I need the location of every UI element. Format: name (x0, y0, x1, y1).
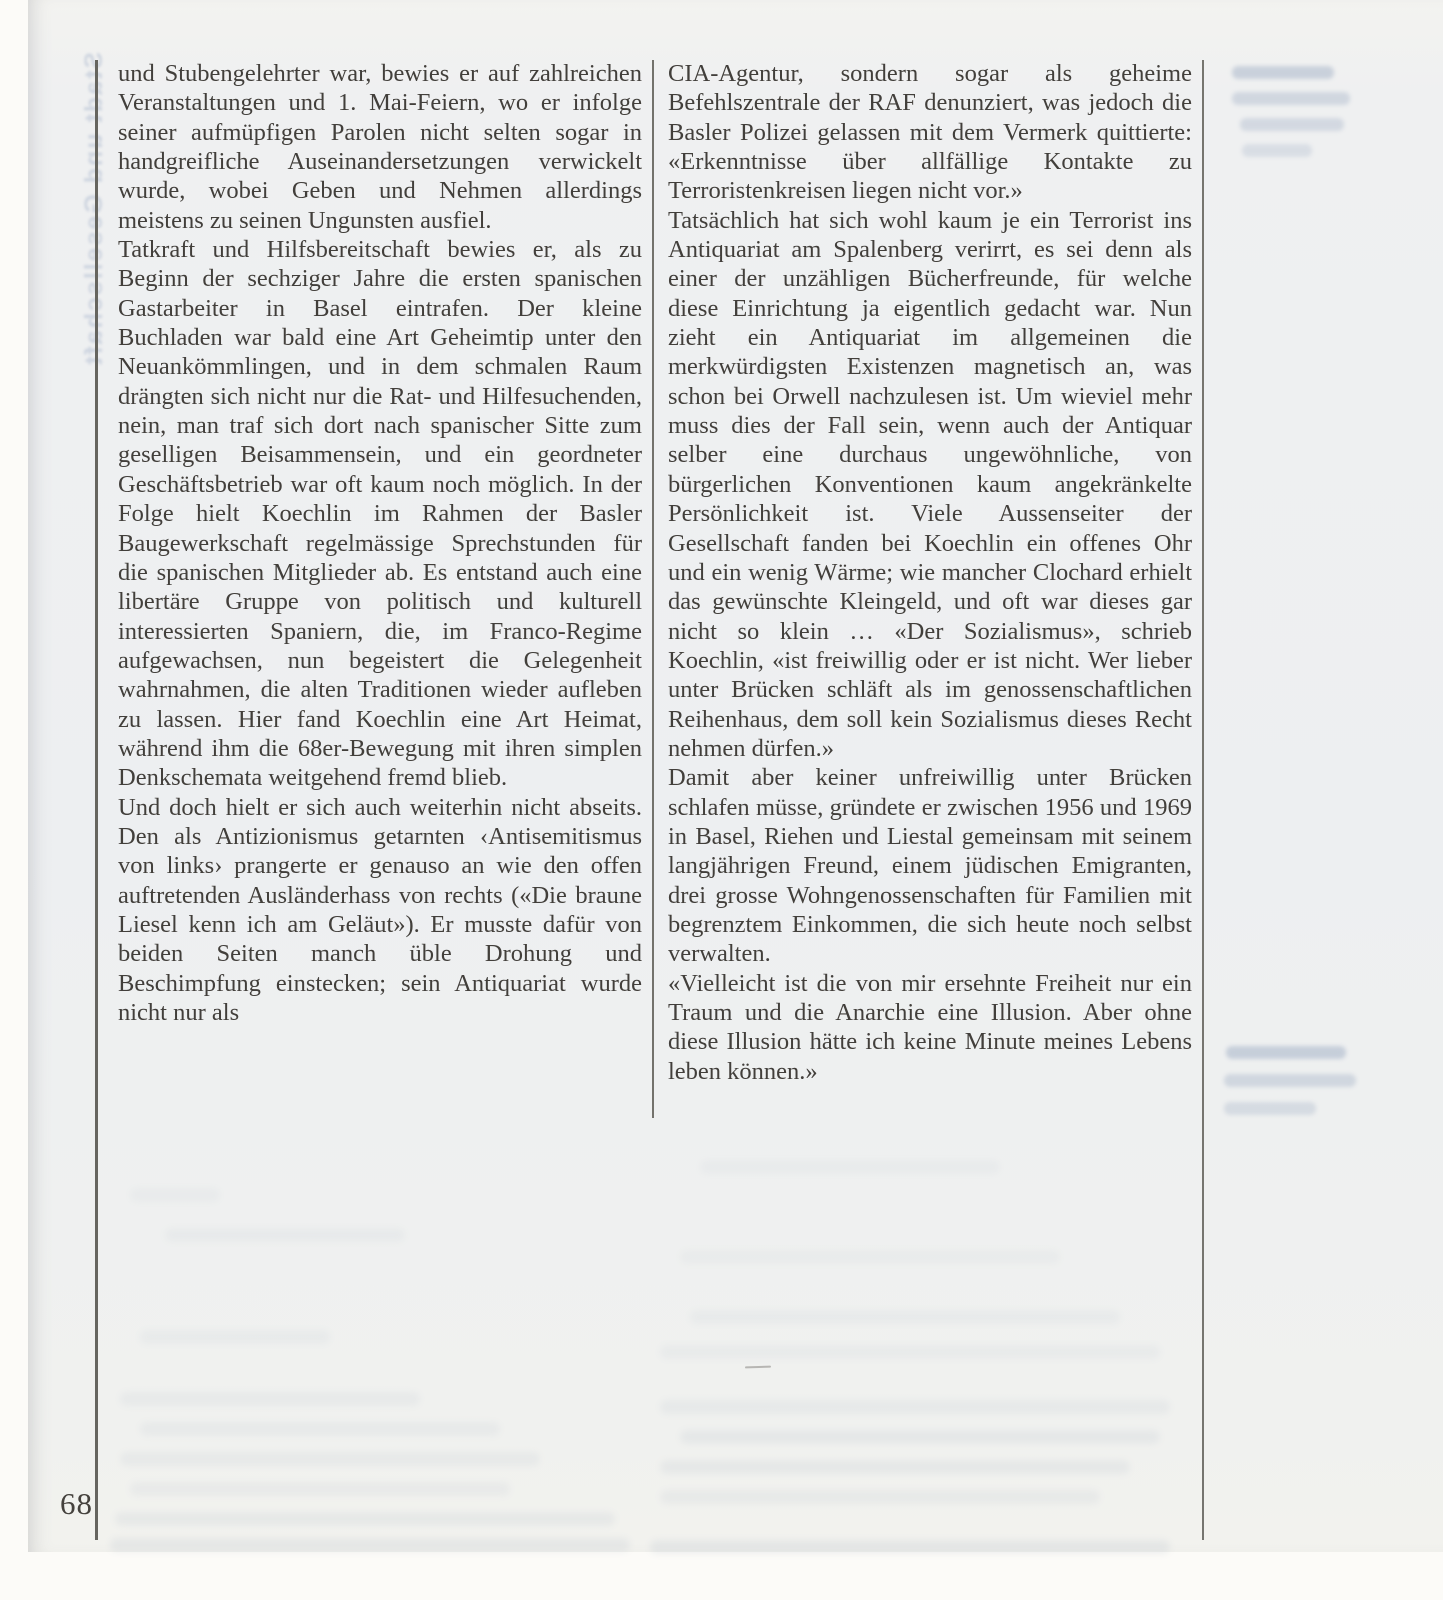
scanned-book-page: { "page_number": "68", "margins": { "lef… (0, 0, 1443, 1600)
ghost-line (660, 1460, 1130, 1474)
ghost-line (130, 1482, 510, 1496)
ghost-line (1226, 1046, 1346, 1059)
text-block-right-rule (1202, 60, 1204, 1540)
paragraph: Und doch hielt er sich auch weiterhin ni… (118, 793, 642, 1028)
ghost-line (1232, 66, 1334, 79)
ghost-line (700, 1160, 1000, 1174)
ghost-line (650, 1540, 1170, 1554)
paragraph: «Vielleicht ist die von mir ersehnte Fre… (668, 969, 1192, 1086)
ghost-line (165, 1228, 405, 1242)
ghost-line (1224, 1102, 1316, 1115)
ghost-line (680, 1430, 1160, 1444)
ghost-line (690, 1310, 1120, 1324)
text-column-left: und Stubengelehrter war, bewies er auf z… (118, 59, 642, 1027)
paragraph: Tatkraft und Hilfsbereitschaft bewies er… (118, 235, 642, 793)
paragraph: Damit aber keiner unfreiwillig unter Brü… (668, 763, 1192, 968)
ghost-line (140, 1330, 330, 1344)
ghost-line (110, 1538, 630, 1552)
paragraph: CIA-Agentur, sondern sogar als geheime B… (668, 59, 1192, 206)
ghost-line (660, 1345, 1160, 1359)
text-column-right: CIA-Agentur, sondern sogar als geheime B… (668, 59, 1192, 1086)
ghost-line (1232, 92, 1350, 105)
paragraph: und Stubengelehrter war, bewies er auf z… (118, 59, 642, 235)
ghost-line (130, 1188, 220, 1202)
page-number: 68 (60, 1486, 93, 1522)
ghost-line (1240, 118, 1344, 131)
ghost-line (140, 1422, 500, 1436)
ghost-line (1242, 144, 1312, 157)
text-block-left-rule (95, 60, 98, 1540)
column-divider-rule (652, 60, 654, 1118)
ghost-line (1224, 1074, 1356, 1087)
ghost-line (680, 1250, 1060, 1264)
ghost-line (660, 1490, 1100, 1504)
paragraph: Tatsächlich hat sich wohl kaum je ein Te… (668, 206, 1192, 764)
ghost-line (115, 1512, 615, 1526)
ghost-line (120, 1452, 540, 1466)
ghost-line (120, 1392, 420, 1406)
ghost-section-title-vertical: Stadt und Gesellschaft (80, 52, 120, 432)
ghost-line (660, 1400, 1170, 1414)
